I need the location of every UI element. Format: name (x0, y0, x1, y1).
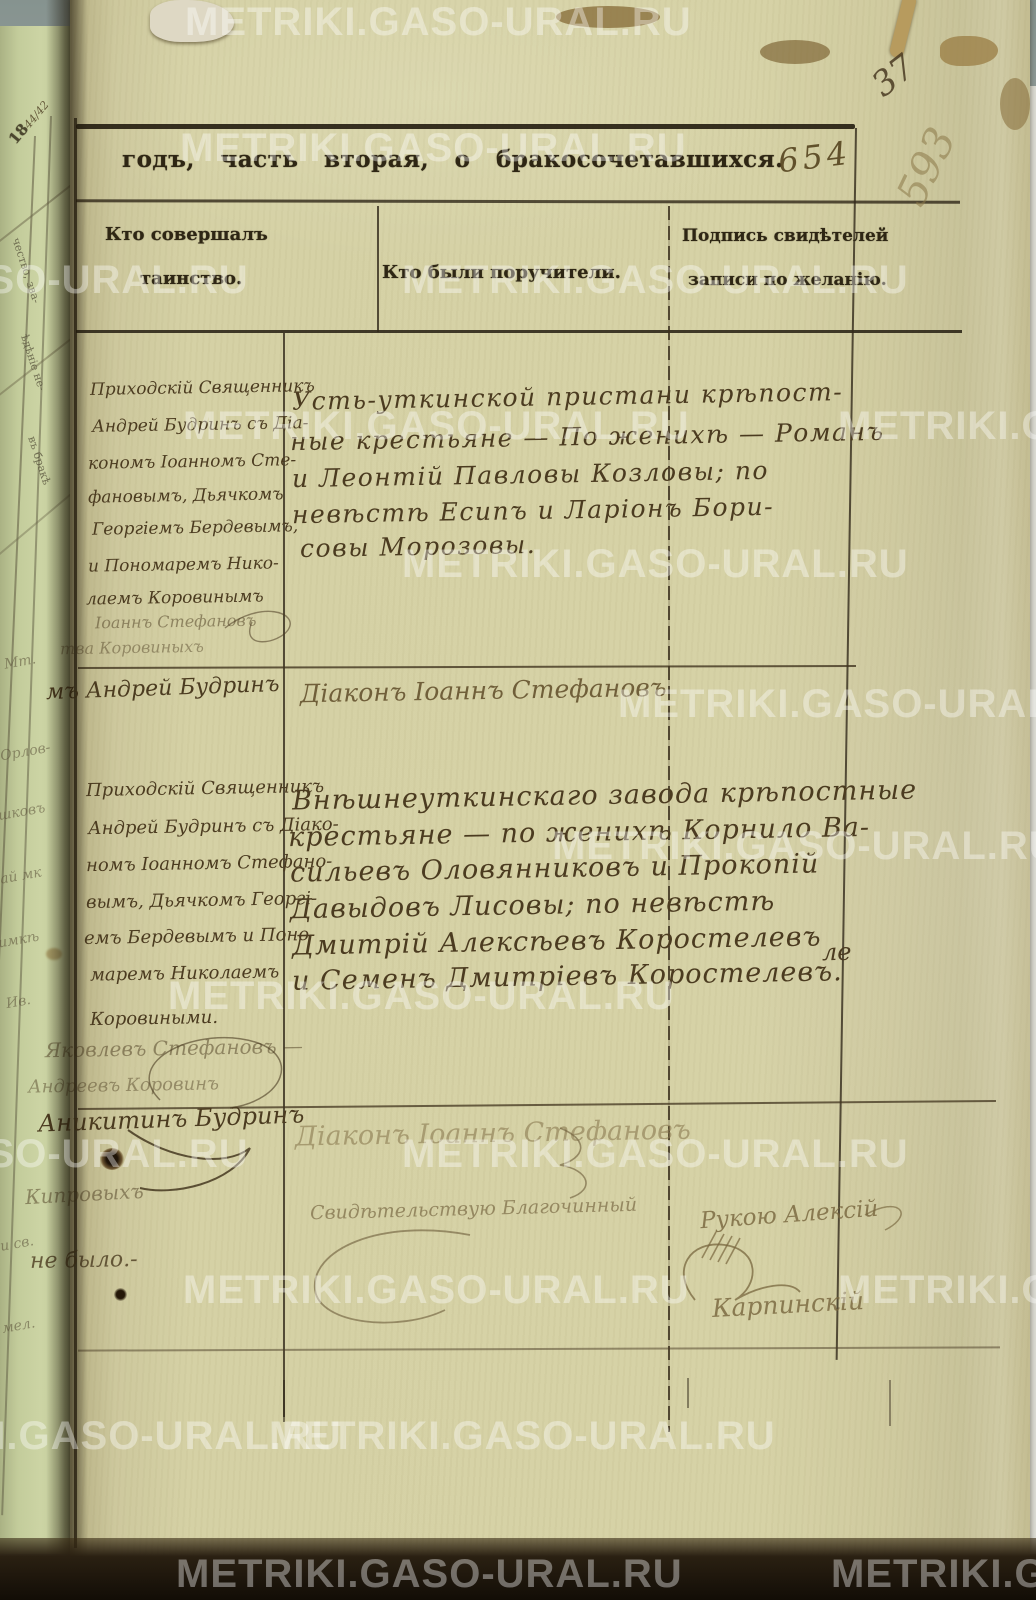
torn-paper-bit-3 (760, 40, 830, 64)
entry2-officiant-signature: Яковлевъ Стефановъ — (45, 1034, 303, 1062)
torn-paper-bit-5 (1000, 78, 1030, 130)
prev-page-hand-fragment: мел. (1, 1315, 37, 1337)
ink-blot-1 (100, 1148, 124, 1170)
entry1-officiant-line: кономъ Іоанномъ Сте- (88, 450, 296, 474)
previous-page-edge: 1844/42 чество, зва-ѣдѣніе не-въ бракѣМт… (0, 26, 78, 1554)
entry1-officiant-line: Приходскій Священникъ (90, 376, 315, 400)
prev-page-hand-fragment: ай мк (0, 864, 43, 887)
paper-stain (46, 948, 62, 960)
entry2-officiant-line: вымъ, Дьячкомъ Георгі- (86, 888, 317, 913)
column-stub-right (889, 1380, 891, 1426)
entry1-officiant-line: и Пономаремъ Нико- (88, 553, 279, 576)
row4-officiant-note: не было.- (30, 1247, 138, 1274)
entry1-officiant-line: Андрей Будринъ съ Діа- (92, 413, 309, 437)
prev-page-hand-fragment: шковъ (0, 800, 47, 824)
column-header-officiant-line2: таинство. (140, 268, 242, 289)
ink-blot-2 (114, 1288, 127, 1301)
scanned-register-page: 1844/42 чество, зва-ѣдѣніе не-въ бракѣМт… (0, 0, 1036, 1600)
entry2-officiant-line: Приходскій Священникъ (86, 776, 324, 801)
prev-page-fragments: чество, зва-ѣдѣніе не-въ бракѣМт.Орлов-ш… (0, 26, 78, 1554)
entry2-officiant-line: маремъ Николаемъ (90, 961, 279, 985)
prev-page-hand-fragment: Мт. (3, 651, 37, 672)
entry1-officiant-line: фановымъ, Дьячкомъ (88, 484, 284, 507)
prev-page-hand-fragment: имкѣ (0, 929, 40, 952)
header-column-divider (377, 206, 379, 332)
page-title: годъ, часть вторая, о бракосочетавшихся. (122, 146, 784, 173)
entry1-officiant-signature: тва Коровиныхъ (60, 637, 204, 659)
prev-page-hand-fragment: Орлов- (0, 740, 52, 765)
column-header-signatures-line1: Подпись свидѣтелей (682, 226, 888, 246)
entry1-officiant-line: лаемъ Коровинымъ (86, 586, 264, 609)
prev-page-print-fragment: чество, зва- (9, 236, 42, 305)
torn-paper-bit-2 (556, 6, 660, 28)
entry2-officiant-signature: Андреевъ Коровинъ (28, 1073, 219, 1097)
entry2-officiant-line: Коровиными. (90, 1007, 218, 1030)
column-header-guarantors: Кто были поручители. (382, 262, 621, 283)
book-bottom-edge (0, 1538, 1036, 1600)
prev-page-print-fragment: въ бракѣ (25, 435, 53, 487)
prev-page-print-fragment: ѣдѣніе не- (18, 333, 48, 393)
table-top-border (76, 124, 855, 129)
column-stub-left (283, 1380, 285, 1422)
entry1-officiant-signature: Іоаннъ Стефановъ (95, 611, 257, 633)
prev-page-hand-fragment: Ив. (5, 992, 32, 1012)
table-header-bottom-rule (76, 330, 962, 333)
entry1-guarantor-line: совы Морозовы. (300, 530, 537, 563)
torn-paper-bit-1 (150, 0, 234, 42)
column-stub-middle (687, 1378, 689, 1408)
entry2-margin-note: ле (822, 938, 852, 967)
column-header-signatures-line2: записи по желанію. (688, 270, 887, 290)
column-header-officiant-line1: Кто совершалъ (105, 224, 268, 245)
table-left-border (74, 118, 77, 1548)
entry2-officiant-line: емъ Бердевымъ и Поно- (84, 924, 316, 949)
entry1-officiant-line: Георгіемъ Бердевымъ, (92, 516, 299, 540)
